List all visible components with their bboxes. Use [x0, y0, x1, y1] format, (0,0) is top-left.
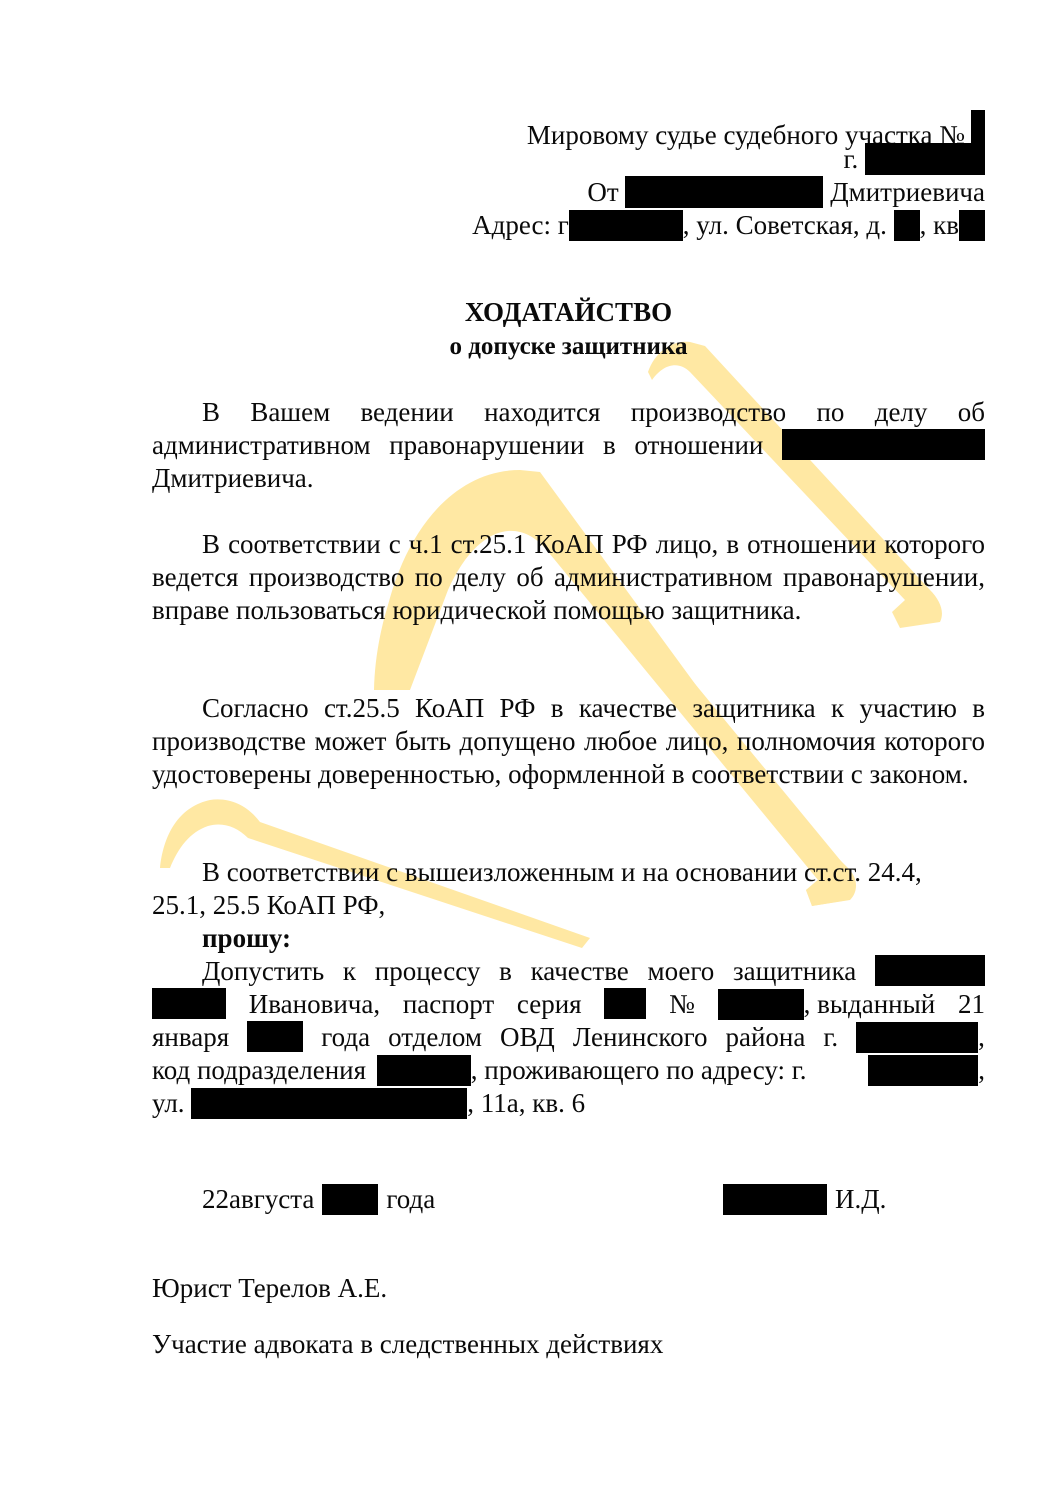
redaction-block	[959, 210, 985, 241]
word: отношении	[634, 429, 763, 462]
paragraph-5-line-5: ул. , 11а, кв. 6	[152, 1087, 985, 1120]
redaction-block	[718, 989, 804, 1020]
redaction-block	[894, 210, 920, 241]
word: 21	[958, 988, 985, 1021]
word: по	[816, 396, 844, 429]
word: к	[343, 955, 356, 988]
paragraph-1-line-3: Дмитриевича.	[152, 462, 985, 495]
word: паспорт	[403, 988, 494, 1021]
word: административном	[152, 429, 371, 462]
paragraph-5-line-2: Ивановича, паспорт серия № , выданный 21	[152, 988, 985, 1021]
word: Ленинского	[573, 1021, 708, 1054]
word: №	[669, 988, 695, 1021]
redaction-block	[604, 988, 646, 1019]
address-street: , ул. Советская, д.	[683, 210, 887, 240]
word: процессу	[375, 955, 481, 988]
word: ведении	[360, 396, 453, 429]
word: качестве	[531, 955, 629, 988]
redaction-block	[868, 1055, 978, 1086]
word: делу	[875, 396, 928, 429]
sender-label: От	[587, 177, 618, 207]
redaction-block	[856, 1022, 978, 1053]
word: Ивановича,	[249, 988, 380, 1021]
court-city-line: г.	[843, 143, 985, 176]
redaction-block	[625, 176, 823, 208]
paragraph-3: Согласно ст.25.5 КоАП РФ в качестве защи…	[152, 692, 985, 791]
paragraph-4-line-1: В соответствии с вышеизложенным и на осн…	[152, 856, 985, 889]
document-title: ХОДАТАЙСТВО	[152, 296, 985, 329]
sender-patronymic: Дмитриевича	[830, 177, 985, 207]
redaction-block	[247, 1021, 303, 1052]
date-prefix: 22августа	[202, 1184, 314, 1214]
document-subtitle: о допуске защитника	[152, 330, 985, 363]
signature-name: И.Д.	[723, 1183, 886, 1216]
word: , выданный	[804, 989, 936, 1019]
address-line: Адрес: г, ул. Советская, д. , кв	[472, 209, 985, 242]
lawyer-name: Юрист Терелов А.Е.	[152, 1272, 985, 1305]
address-apartment-label: , кв	[920, 210, 959, 240]
redaction-block	[782, 429, 985, 460]
paragraph-1-line-2: административном правонарушении в отноше…	[152, 429, 985, 462]
word: , проживающего по адресу: г.	[471, 1055, 807, 1085]
redaction-block	[322, 1184, 378, 1215]
word: в	[603, 429, 616, 462]
redaction-block	[723, 1184, 827, 1215]
word: ОВД	[500, 1021, 555, 1054]
signature-initials: И.Д.	[835, 1184, 886, 1214]
paragraph-5-line-3: января года отделом ОВД Ленинского район…	[152, 1021, 985, 1054]
word: ,	[978, 1022, 985, 1052]
redaction-block	[152, 988, 226, 1019]
date-suffix: года	[386, 1184, 435, 1214]
word: правонарушении	[389, 429, 584, 462]
word: код подразделения	[152, 1055, 366, 1085]
sender-line: От Дмитриевича	[587, 176, 985, 209]
word: января	[152, 1021, 229, 1054]
word: отделом	[388, 1021, 482, 1054]
paragraph-5-line-4: код подразделения , проживающего по адре…	[152, 1054, 985, 1087]
redaction-block	[865, 143, 985, 175]
footer-note: Участие адвоката в следственных действия…	[152, 1328, 985, 1361]
word: находится	[484, 396, 600, 429]
word: ,	[978, 1055, 985, 1085]
word: , 11а, кв. 6	[467, 1088, 585, 1118]
word: серия	[517, 988, 582, 1021]
redaction-block	[377, 1055, 471, 1086]
paragraph-1-line-1: В Вашем ведении находится производство п…	[152, 396, 985, 429]
word: в	[499, 955, 512, 988]
redaction-block	[569, 210, 683, 241]
word: производство	[631, 396, 786, 429]
address-label: Адрес: г	[472, 210, 569, 240]
word: В	[202, 396, 220, 429]
redaction-block	[875, 955, 985, 986]
redaction-block	[191, 1088, 467, 1119]
word: года	[321, 1021, 370, 1054]
word: об	[958, 396, 985, 429]
word: района	[725, 1021, 805, 1054]
word: моего	[648, 955, 715, 988]
paragraph-2: В соответствии с ч.1 ст.25.1 КоАП РФ лиц…	[152, 528, 985, 627]
word: Допустить	[202, 955, 324, 988]
paragraph-4-line-2: 25.1, 25.5 КоАП РФ,	[152, 889, 985, 922]
word: ул.	[152, 1088, 185, 1118]
word: Вашем	[250, 396, 330, 429]
paragraph-5-line-1: Допустить к процессу в качестве моего за…	[152, 955, 985, 988]
word: защитника	[733, 955, 856, 988]
request-label: прошу:	[152, 922, 985, 955]
court-city-label: г.	[843, 144, 858, 174]
word: г.	[823, 1021, 838, 1054]
